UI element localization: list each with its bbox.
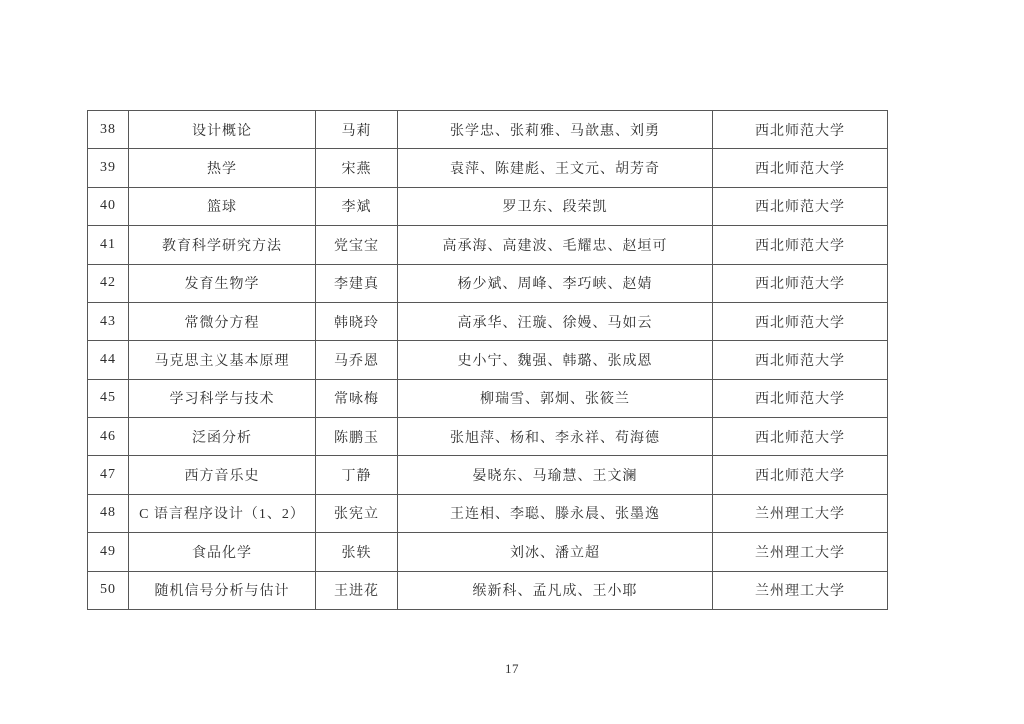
table-row: 48C 语言程序设计（1、2）张宪立王连相、李聪、滕永晨、张墨逸兰州理工大学	[88, 494, 888, 532]
cell-course: 热学	[129, 149, 316, 187]
cell-university: 西北师范大学	[713, 456, 888, 494]
document-page: 38设计概论马莉张学忠、张莉雅、马歆惠、刘勇西北师范大学39热学宋燕袁萍、陈建彪…	[0, 0, 1024, 724]
cell-members: 高承海、高建波、毛耀忠、赵垣可	[398, 226, 713, 264]
cell-index: 42	[88, 264, 129, 302]
cell-leader: 王进花	[316, 571, 398, 610]
cell-university: 兰州理工大学	[713, 494, 888, 532]
cell-members: 柳瑞雪、郭炯、张筱兰	[398, 379, 713, 417]
cell-leader: 李斌	[316, 187, 398, 225]
cell-index: 48	[88, 494, 129, 532]
cell-university: 西北师范大学	[713, 187, 888, 225]
page-number: 17	[0, 661, 1024, 677]
cell-university: 西北师范大学	[713, 226, 888, 264]
cell-leader: 宋燕	[316, 149, 398, 187]
table-row: 40篮球李斌罗卫东、段荣凯西北师范大学	[88, 187, 888, 225]
cell-course: 食品化学	[129, 533, 316, 571]
table-row: 49食品化学张轶刘冰、潘立超兰州理工大学	[88, 533, 888, 571]
table-row: 47西方音乐史丁静晏晓东、马瑜慧、王文澜西北师范大学	[88, 456, 888, 494]
table-row: 46泛函分析陈鹏玉张旭萍、杨和、李永祥、苟海德西北师范大学	[88, 418, 888, 456]
cell-index: 38	[88, 111, 129, 149]
cell-leader: 陈鹏玉	[316, 418, 398, 456]
table-row: 38设计概论马莉张学忠、张莉雅、马歆惠、刘勇西北师范大学	[88, 111, 888, 149]
cell-members: 袁萍、陈建彪、王文元、胡芳奇	[398, 149, 713, 187]
cell-index: 44	[88, 341, 129, 379]
table-row: 43常微分方程韩晓玲高承华、汪璇、徐嫚、马如云西北师范大学	[88, 302, 888, 340]
cell-members: 晏晓东、马瑜慧、王文澜	[398, 456, 713, 494]
cell-index: 50	[88, 571, 129, 610]
cell-leader: 常咏梅	[316, 379, 398, 417]
cell-university: 兰州理工大学	[713, 571, 888, 610]
table-row: 45学习科学与技术常咏梅柳瑞雪、郭炯、张筱兰西北师范大学	[88, 379, 888, 417]
cell-leader: 党宝宝	[316, 226, 398, 264]
cell-members: 缑新科、孟凡成、王小耶	[398, 571, 713, 610]
cell-university: 西北师范大学	[713, 111, 888, 149]
cell-course: 泛函分析	[129, 418, 316, 456]
cell-course: 学习科学与技术	[129, 379, 316, 417]
cell-members: 刘冰、潘立超	[398, 533, 713, 571]
cell-index: 45	[88, 379, 129, 417]
cell-index: 41	[88, 226, 129, 264]
table-row: 42发育生物学李建真杨少斌、周峰、李巧峡、赵婧西北师范大学	[88, 264, 888, 302]
cell-course: C 语言程序设计（1、2）	[129, 494, 316, 532]
cell-members: 王连相、李聪、滕永晨、张墨逸	[398, 494, 713, 532]
course-table: 38设计概论马莉张学忠、张莉雅、马歆惠、刘勇西北师范大学39热学宋燕袁萍、陈建彪…	[87, 110, 888, 610]
cell-members: 张旭萍、杨和、李永祥、苟海德	[398, 418, 713, 456]
cell-course: 教育科学研究方法	[129, 226, 316, 264]
cell-course: 篮球	[129, 187, 316, 225]
cell-university: 西北师范大学	[713, 379, 888, 417]
course-table-body: 38设计概论马莉张学忠、张莉雅、马歆惠、刘勇西北师范大学39热学宋燕袁萍、陈建彪…	[88, 111, 888, 610]
cell-university: 西北师范大学	[713, 149, 888, 187]
cell-index: 39	[88, 149, 129, 187]
cell-course: 发育生物学	[129, 264, 316, 302]
table-row: 39热学宋燕袁萍、陈建彪、王文元、胡芳奇西北师范大学	[88, 149, 888, 187]
table-row: 44马克思主义基本原理马乔恩史小宁、魏强、韩璐、张成恩西北师范大学	[88, 341, 888, 379]
cell-university: 西北师范大学	[713, 302, 888, 340]
cell-course: 常微分方程	[129, 302, 316, 340]
cell-leader: 韩晓玲	[316, 302, 398, 340]
table-row: 50随机信号分析与估计王进花缑新科、孟凡成、王小耶兰州理工大学	[88, 571, 888, 610]
cell-university: 西北师范大学	[713, 418, 888, 456]
cell-leader: 李建真	[316, 264, 398, 302]
cell-university: 西北师范大学	[713, 264, 888, 302]
cell-course: 西方音乐史	[129, 456, 316, 494]
cell-course: 设计概论	[129, 111, 316, 149]
cell-leader: 张轶	[316, 533, 398, 571]
cell-index: 46	[88, 418, 129, 456]
cell-index: 43	[88, 302, 129, 340]
cell-members: 杨少斌、周峰、李巧峡、赵婧	[398, 264, 713, 302]
cell-university: 西北师范大学	[713, 341, 888, 379]
cell-leader: 张宪立	[316, 494, 398, 532]
cell-index: 40	[88, 187, 129, 225]
cell-leader: 马莉	[316, 111, 398, 149]
cell-index: 47	[88, 456, 129, 494]
cell-course: 马克思主义基本原理	[129, 341, 316, 379]
table-row: 41教育科学研究方法党宝宝高承海、高建波、毛耀忠、赵垣可西北师范大学	[88, 226, 888, 264]
cell-leader: 丁静	[316, 456, 398, 494]
cell-index: 49	[88, 533, 129, 571]
cell-course: 随机信号分析与估计	[129, 571, 316, 610]
cell-members: 张学忠、张莉雅、马歆惠、刘勇	[398, 111, 713, 149]
cell-members: 高承华、汪璇、徐嫚、马如云	[398, 302, 713, 340]
cell-university: 兰州理工大学	[713, 533, 888, 571]
cell-members: 史小宁、魏强、韩璐、张成恩	[398, 341, 713, 379]
cell-members: 罗卫东、段荣凯	[398, 187, 713, 225]
cell-leader: 马乔恩	[316, 341, 398, 379]
